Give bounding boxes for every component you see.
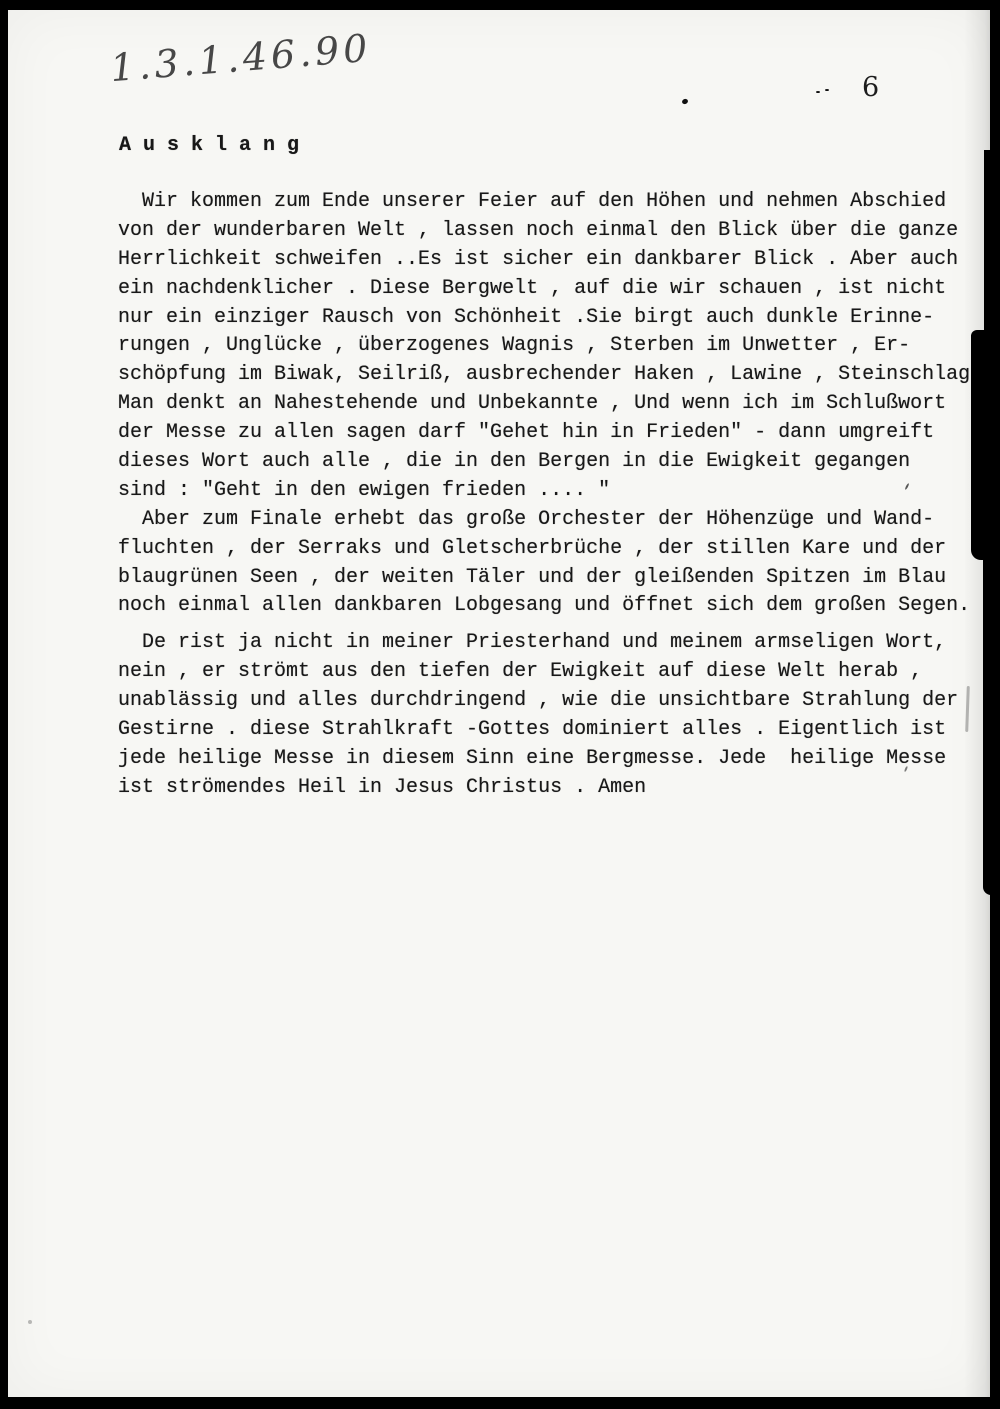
body-text-line: De rist ja nicht in meiner Priesterhand … [118, 629, 978, 658]
scanned-document-page: 1.3.1.46.90 6 A u s k l a n g Wir kommen… [0, 0, 1000, 1409]
body-text-line: dieses Wort auch alle , die in den Berge… [118, 448, 978, 477]
body-text-line: nur ein einziger Rausch von Schönheit .S… [118, 304, 978, 333]
body-text-line: nein , er strömt aus den tiefen der Ewig… [118, 658, 978, 687]
body-text-line: ist strömendes Heil in Jesus Christus . … [118, 774, 978, 803]
body-text-line: rungen , Unglücke , überzogenes Wagnis ,… [118, 332, 978, 361]
body-text-line: von der wunderbaren Welt , lassen noch e… [118, 217, 978, 246]
body-text: Wir kommen zum Ende unserer Feier auf de… [118, 188, 978, 803]
scan-speck [825, 89, 829, 91]
body-text-line: noch einmal allen dankbaren Lobgesang un… [118, 592, 978, 621]
page-number: 6 [862, 72, 879, 103]
body-text-line: fluchten , der Serraks und Gletscherbrüc… [118, 535, 978, 564]
body-text-line: blaugrünen Seen , der weiten Täler und d… [118, 564, 978, 593]
body-text-line: Man denkt an Nahestehende und Unbekannte… [118, 390, 978, 419]
body-text-line: Herrlichkeit schweifen ..Es ist sicher e… [118, 246, 978, 275]
body-text-line: ein nachdenklicher . Diese Bergwelt , au… [118, 275, 978, 304]
body-text-line: unablässig und alles durchdringend , wie… [118, 687, 978, 716]
scan-speck [28, 1320, 32, 1324]
body-text-line: Wir kommen zum Ende unserer Feier auf de… [118, 188, 978, 217]
document-heading: A u s k l a n g [119, 134, 299, 157]
body-text-line: jede heilige Messe in diesem Sinn eine B… [118, 745, 978, 774]
scan-border-artifact [983, 555, 1000, 895]
body-text-line: Gestirne . diese Strahlkraft -Gottes dom… [118, 716, 978, 745]
scan-speck [816, 91, 820, 93]
body-text-line: der Messe zu allen sagen darf "Gehet hin… [118, 419, 978, 448]
body-text-line: sind : "Geht in den ewigen frieden .... … [118, 477, 978, 506]
scan-border-artifact [984, 150, 1000, 340]
body-text-line: schöpfung im Biwak, Seilriß, ausbrechend… [118, 361, 978, 390]
body-text-line: Aber zum Finale erhebt das große Orchest… [118, 506, 978, 535]
